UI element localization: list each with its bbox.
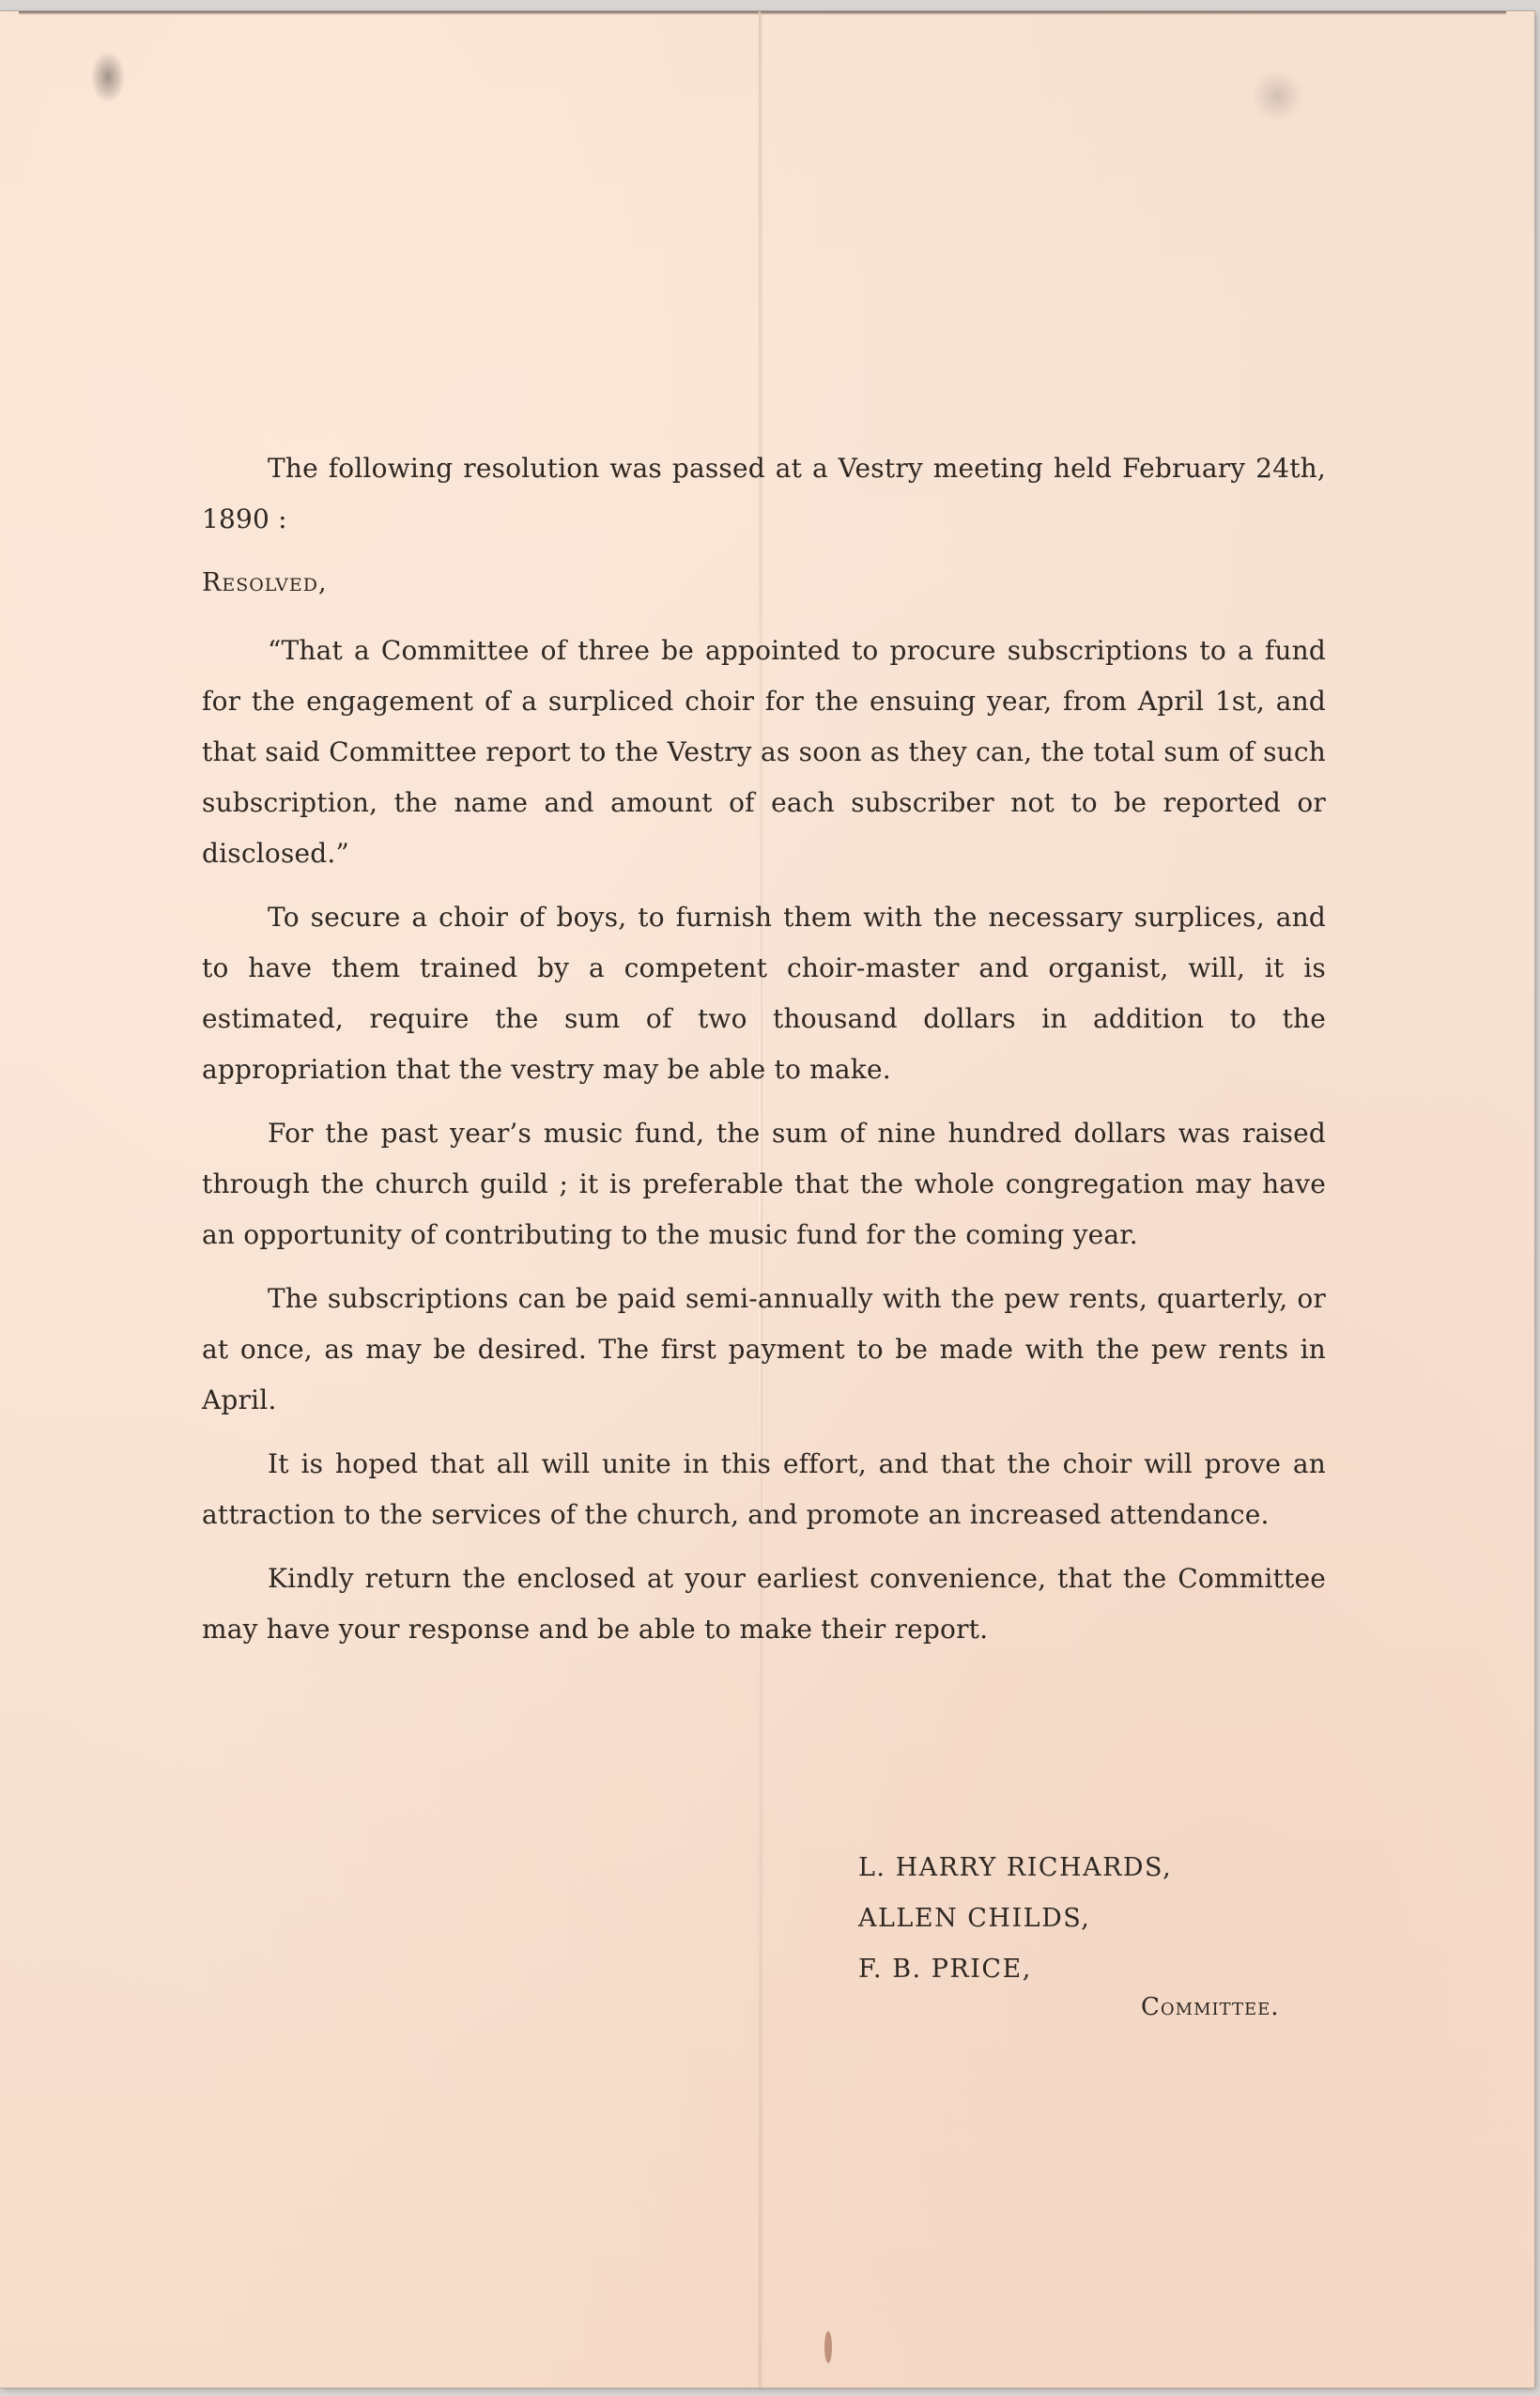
payment-terms-paragraph: The subscriptions can be paid semi-annua…: [202, 1274, 1326, 1426]
page-top-edge: [19, 11, 1506, 15]
bottom-stain-mark: [824, 2331, 832, 2363]
resolution-quote-paragraph: “That a Committee of three be appointed …: [202, 626, 1326, 879]
letter-body: The following resolution was passed at a…: [202, 443, 1326, 1668]
choir-cost-paragraph: To secure a choir of boys, to furnish th…: [202, 892, 1326, 1095]
hope-paragraph: It is hoped that all will unite in this …: [202, 1439, 1326, 1540]
signatory-name: L. HARRY RICHARDS,: [858, 1843, 1328, 1894]
resolved-heading: Resolved,: [202, 558, 1326, 609]
letter-page: The following resolution was passed at a…: [0, 11, 1534, 2388]
past-music-fund-paragraph: For the past year’s music fund, the sum …: [202, 1108, 1326, 1260]
signatory-name: F. B. PRICE,: [858, 1944, 1328, 1995]
signatory-name: ALLEN CHILDS,: [858, 1894, 1328, 1944]
return-request-paragraph: Kindly return the enclosed at your earli…: [202, 1554, 1326, 1655]
corner-wear-mark: [1249, 68, 1305, 124]
intro-paragraph: The following resolution was passed at a…: [202, 443, 1326, 545]
torn-corner-damage: [89, 49, 127, 105]
committee-label: Committee.: [1141, 1993, 1280, 2021]
signature-block: L. HARRY RICHARDS, ALLEN CHILDS, F. B. P…: [858, 1843, 1328, 1995]
